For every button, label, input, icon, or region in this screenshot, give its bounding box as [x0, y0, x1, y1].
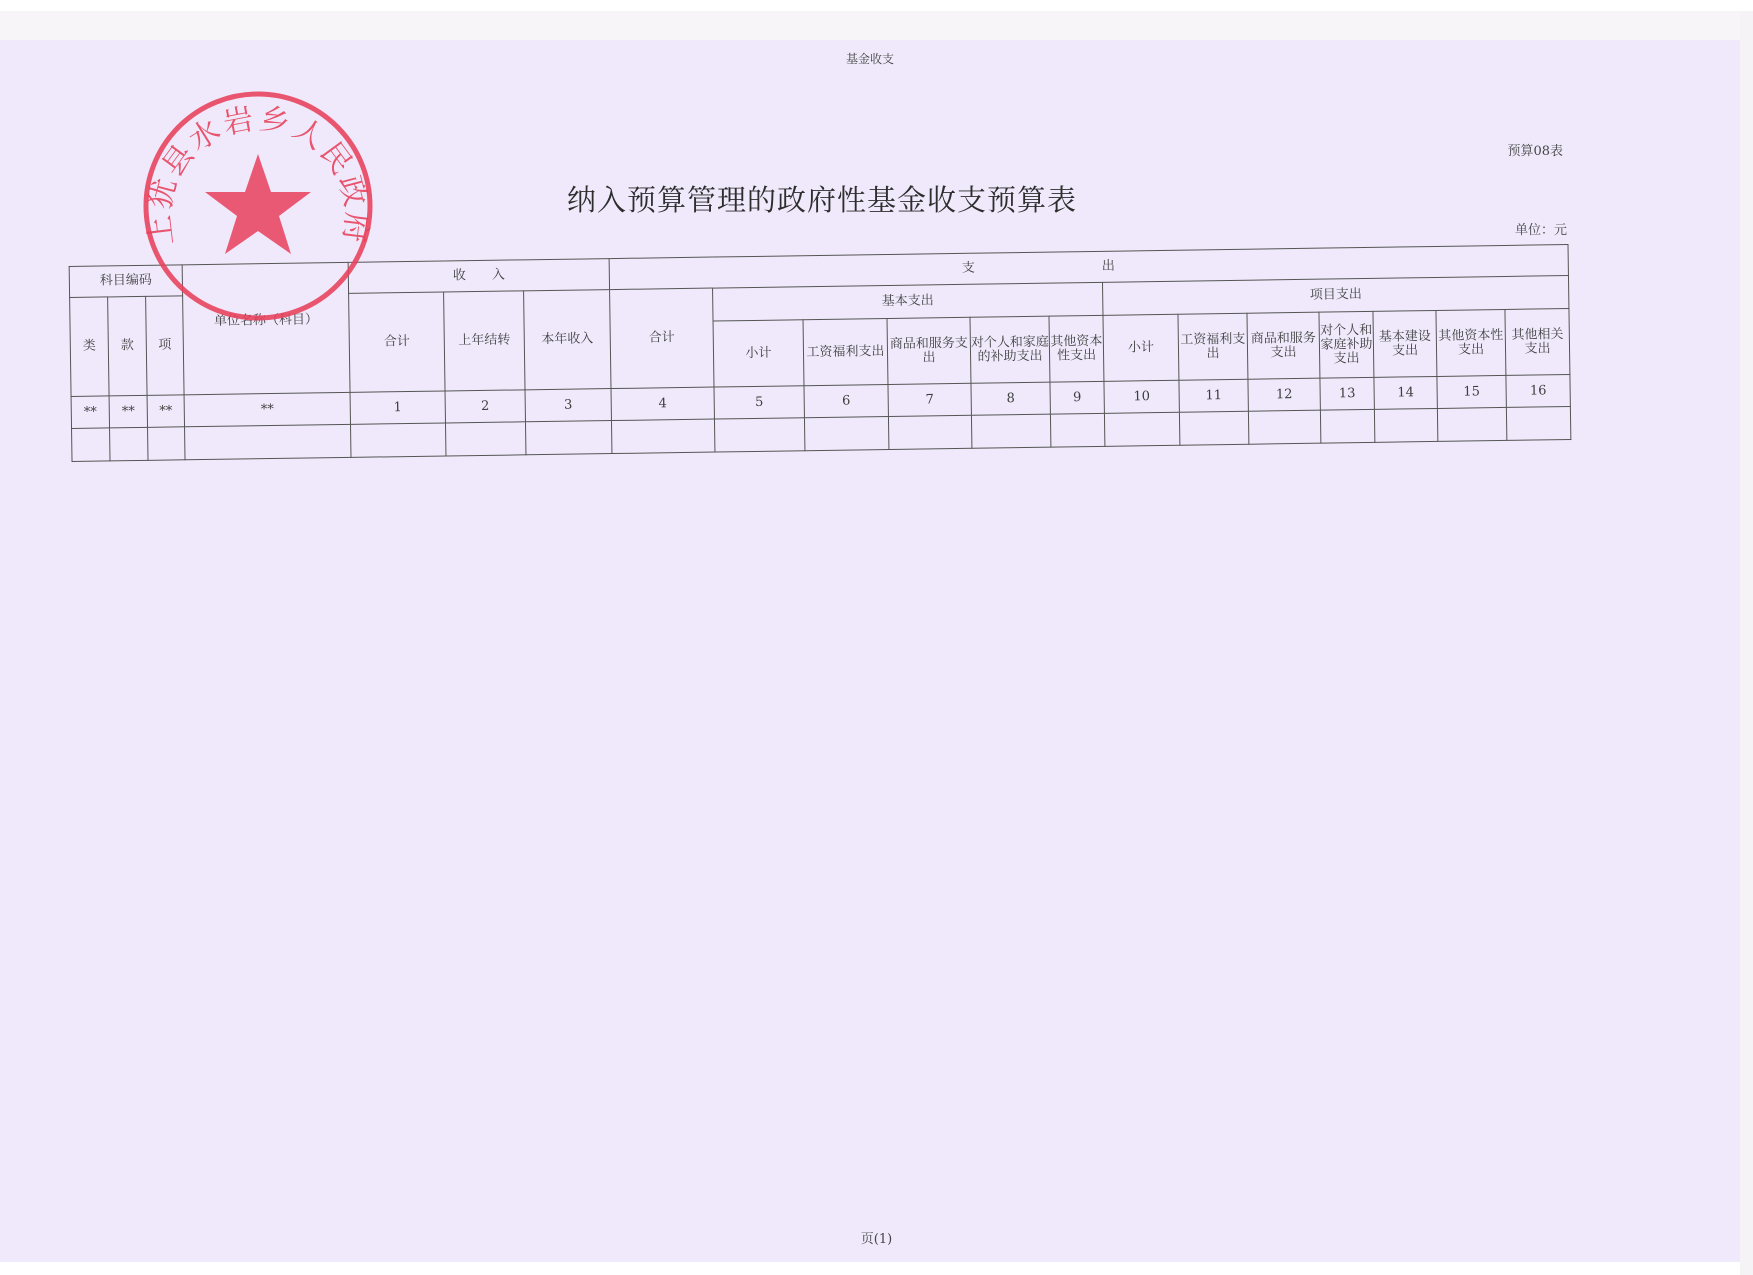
- column-number-cell: 5: [714, 386, 804, 419]
- table-cell: [611, 419, 714, 454]
- header-expense-right: 出: [1102, 260, 1115, 274]
- table-cell: [1248, 410, 1320, 444]
- table-cell: [148, 427, 185, 461]
- budget-table: 科目编码 单位名称（科目） 收 入 支 出 类 款 项 合计 上年结转 本年收入…: [69, 244, 1572, 462]
- column-number-cell: **: [71, 396, 109, 429]
- unit-label: 单位：元: [1480, 219, 1567, 238]
- table-cell: [1437, 407, 1506, 441]
- header-project-construction: 基本建设支出: [1373, 310, 1437, 377]
- table-cell: [971, 414, 1050, 448]
- table-cell: [714, 418, 804, 452]
- column-number-cell: **: [184, 392, 350, 426]
- header-income-total: 合计: [349, 292, 445, 392]
- header-project-goods-services: 商品和服务支出: [1247, 312, 1320, 379]
- table-cell: [185, 424, 351, 459]
- header-code-class: 类: [70, 297, 109, 397]
- table-cell: [888, 415, 971, 449]
- header-expense-left: 支: [962, 262, 975, 276]
- table-cell: [1104, 412, 1179, 446]
- header-basic-other-capital: 其他资本性支出: [1049, 315, 1104, 382]
- column-number-cell: 9: [1050, 381, 1104, 414]
- column-number-cell: 3: [525, 389, 611, 422]
- header-code-item: 项: [146, 296, 184, 396]
- column-number-cell: 2: [445, 390, 525, 423]
- header-basic-wages: 工资福利支出: [803, 319, 888, 386]
- column-number-cell: **: [147, 395, 184, 428]
- page-number: 页(1): [0, 1228, 1753, 1247]
- table-cell: [351, 423, 446, 457]
- column-number-cell: 7: [888, 383, 971, 416]
- column-number-cell: 10: [1104, 380, 1179, 413]
- column-number-cell: **: [109, 395, 147, 428]
- column-number-cell: 13: [1320, 377, 1374, 410]
- column-number-cell: 6: [804, 384, 888, 417]
- table-cell: [445, 422, 525, 456]
- header-income: 收 入: [348, 259, 609, 294]
- column-number-cell: 8: [971, 382, 1050, 415]
- header-basic-goods-services: 商品和服务支出: [887, 317, 971, 384]
- running-header: 基金收支: [0, 50, 1740, 67]
- table-cell: [525, 421, 611, 455]
- header-expense-total: 合计: [610, 288, 714, 388]
- scan-top-margin: [0, 11, 1753, 41]
- table-cell: [1050, 413, 1104, 447]
- table-cell: [110, 427, 148, 461]
- table-cell: [1320, 409, 1374, 443]
- header-code-section: 款: [108, 296, 147, 396]
- column-number-cell: 11: [1179, 379, 1248, 412]
- header-project-subtotal: 小计: [1103, 314, 1179, 381]
- header-project-other-related: 其他相关支出: [1505, 309, 1570, 376]
- column-number-cell: 4: [611, 387, 714, 421]
- header-subject-code: 科目编码: [69, 265, 182, 298]
- header-income-current: 本年收入: [524, 290, 611, 390]
- column-number-cell: 16: [1506, 374, 1571, 407]
- header-basic-subsidies: 对个人和家庭的补助支出: [970, 316, 1050, 383]
- header-project-wages: 工资福利支出: [1178, 313, 1248, 380]
- table-cell: [1506, 406, 1571, 440]
- header-unit-name-label: 单位名称（科目）: [214, 312, 318, 329]
- column-number-cell: 1: [350, 391, 445, 424]
- header-project-other-capital: 其他资本性支出: [1436, 309, 1506, 376]
- paper-sheet: [0, 40, 1740, 1262]
- column-number-cell: 14: [1374, 376, 1437, 409]
- column-number-cell: 15: [1437, 375, 1506, 408]
- header-project-subsidies: 对个人和家庭补助支出: [1319, 311, 1374, 378]
- budget-table-wrapper: 科目编码 单位名称（科目） 收 入 支 出 类 款 项 合计 上年结转 本年收入…: [69, 244, 1571, 461]
- page-title: 纳入预算管理的政府性基金收支预算表: [520, 178, 1124, 219]
- table-cell: [1179, 411, 1248, 445]
- column-number-cell: 12: [1248, 378, 1320, 411]
- scan-right-margin: [1740, 11, 1753, 1275]
- table-cell: [1374, 408, 1437, 442]
- header-basic-subtotal: 小计: [713, 320, 804, 387]
- table-cell: [804, 416, 888, 450]
- form-number: 预算08表: [1503, 140, 1563, 159]
- header-income-carryover: 上年结转: [444, 291, 525, 391]
- header-unit-name: 单位名称（科目）: [182, 262, 350, 394]
- table-cell: [72, 428, 110, 462]
